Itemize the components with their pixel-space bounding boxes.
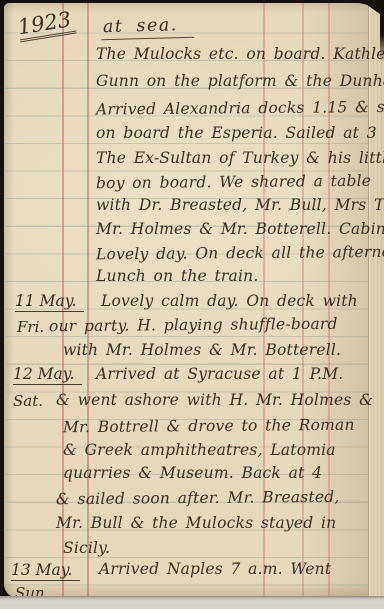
- diary-line: Mr. Holmes & Mr. Botterell. Cabin 42.: [96, 220, 384, 239]
- diary-line: The Mulocks etc. on board. Kathleen: [96, 45, 384, 64]
- diary-line: Arrived at Syracuse at 1 P.M.: [96, 365, 343, 384]
- entry-day-label: Sat.: [13, 392, 43, 411]
- diary-line: Mr. Bottrell & drove to the Roman: [63, 416, 355, 438]
- diary-line: Lovely day. On deck all the afternoon.: [96, 243, 384, 265]
- entry-date-label: 12 May.: [13, 365, 82, 385]
- diary-line: & sailed soon after. Mr. Breasted,: [56, 488, 340, 509]
- scan-edge-shadow: [380, 0, 384, 62]
- entry-date-label: 11 May.: [15, 292, 84, 312]
- diary-line: Mr. Bull & the Mulocks stayed in: [56, 514, 336, 533]
- diary-line: our party. H. playing shuffle-board: [49, 315, 338, 337]
- diary-line: The Ex-Sultan of Turkey & his little: [96, 149, 384, 168]
- diary-line: & went ashore with H. Mr. Holmes &: [56, 391, 373, 410]
- diary-line: boy on board. We shared a table: [96, 172, 371, 193]
- diary-line: Sicily.: [63, 539, 110, 558]
- diary-line: Lunch on the train.: [96, 267, 258, 286]
- diary-line: with Mr. Holmes & Mr. Botterell.: [63, 341, 341, 360]
- diary-line: quarries & Museum. Back at 4: [63, 464, 322, 483]
- page-fold-edge: [368, 3, 384, 598]
- diary-line: Gunn on the platform & the Dunhams.: [96, 72, 384, 91]
- entry-date-label: 13 May.: [11, 561, 80, 581]
- notebook-page: 1923 at sea. The Mulocks etc. on board. …: [4, 3, 384, 598]
- diary-line: Arrived Alexandria docks 1.15 & straight: [96, 97, 384, 119]
- entry-day-label: Fri.: [17, 318, 44, 337]
- diary-scan: 1923 at sea. The Mulocks etc. on board. …: [0, 0, 384, 609]
- scan-table-surface: [0, 596, 384, 609]
- page-heading: at sea.: [101, 15, 194, 41]
- diary-line: with Dr. Breasted, Mr. Bull, Mrs Topliff…: [96, 196, 384, 215]
- diary-line: & Greek amphitheatres, Latomia: [63, 441, 336, 460]
- diary-line: Arrived Naples 7 a.m. Went: [99, 560, 331, 579]
- diary-line: on board the Esperia. Sailed at 3 P.M.: [96, 124, 384, 143]
- diary-line: Lovely calm day. On deck with: [101, 292, 358, 311]
